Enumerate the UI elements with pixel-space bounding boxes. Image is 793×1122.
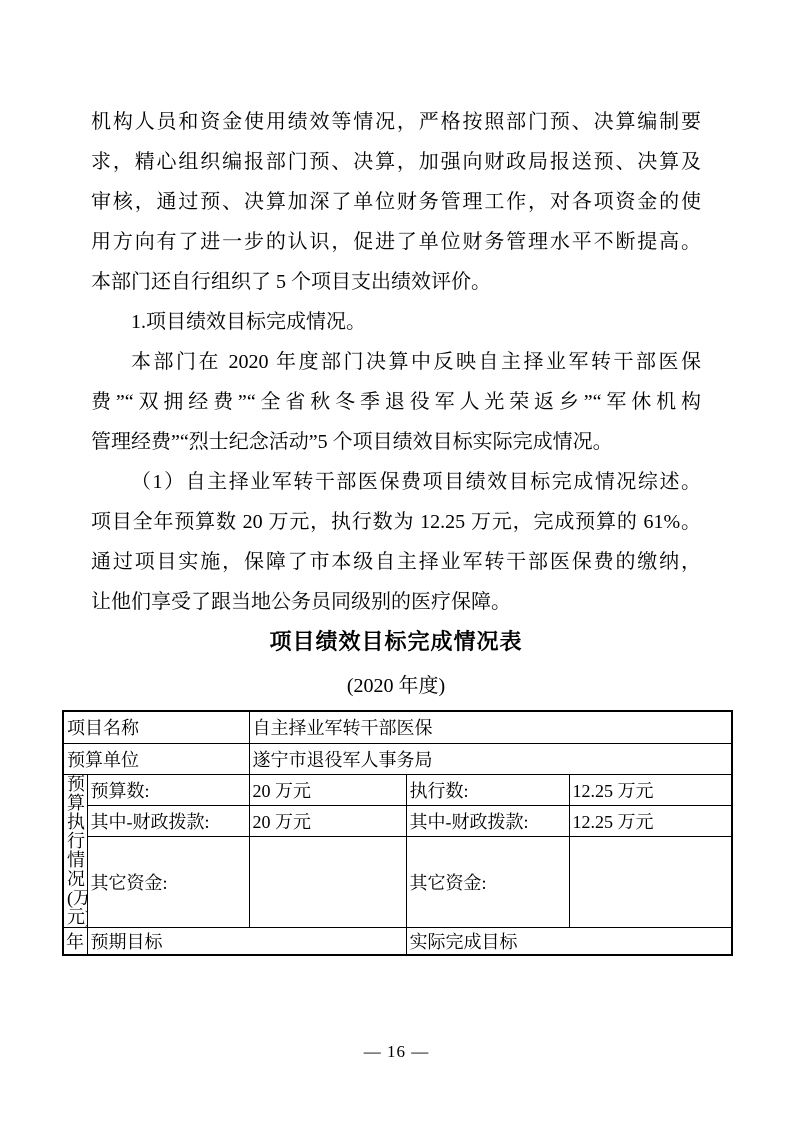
body-line: 本部门还自行组织了 5 个项目支出绩效评价。: [91, 262, 701, 302]
body-text: 机构人员和资金使用绩效等情况，严格按照部门预、决算编制要 求，精心组织编报部门预…: [91, 102, 701, 622]
body-line: 项目全年预算数 20 万元，执行数为 12.25 万元，完成预算的 61%。: [91, 502, 701, 542]
body-line: 费”“双拥经费”“全省秋冬季退役军人光荣返乡”“军休机构: [91, 382, 701, 422]
table-subtitle: (2020 年度): [91, 669, 701, 698]
other-funds-label-left-cell: 其它资金:: [87, 836, 249, 927]
exec-value-cell: 12.25 万元: [569, 774, 732, 805]
body-line: 通过项目实施，保障了市本级自主择业军转干部医保费的缴纳，: [91, 542, 701, 582]
budget-unit-label-cell: 预算单位: [63, 743, 249, 774]
table-row: 预 算 执 行 情 况 (万 元) 预算数: 20 万元 执行数: 12.25 …: [63, 774, 732, 805]
project-name-value-cell: 自主择业军转干部医保: [249, 711, 732, 743]
exec-label-cell: 执行数:: [406, 774, 569, 805]
performance-table: 项目名称 自主择业军转干部医保 预算单位 遂宁市退役军人事务局 预 算 执 行 …: [62, 710, 733, 956]
expected-goal-cell: 预期目标: [87, 927, 406, 955]
other-funds-label-right-cell: 其它资金:: [406, 836, 569, 927]
other-funds-value-right-cell: [569, 836, 732, 927]
table-row: 年 预期目标 实际完成目标: [63, 927, 732, 955]
project-name-label-cell: 项目名称: [63, 711, 249, 743]
fiscal-label-right-cell: 其中-财政拨款:: [406, 805, 569, 836]
fiscal-value-left-cell: 20 万元: [249, 805, 406, 836]
budget-unit-value-cell: 遂宁市退役军人事务局: [249, 743, 732, 774]
year-label-cell: 年: [63, 927, 87, 955]
section-heading: 1.项目绩效目标完成情况。: [91, 302, 701, 342]
body-line: 求，精心组织编报部门预、决算，加强向财政局报送预、决算及: [91, 142, 701, 182]
body-line: （1）自主择业军转干部医保费项目绩效目标完成情况综述。: [91, 462, 701, 502]
budget-label-cell: 预算数:: [87, 774, 249, 805]
body-line: 用方向有了进一步的认识，促进了单位财务管理水平不断提高。: [91, 222, 701, 262]
other-funds-value-left-cell: [249, 836, 406, 927]
paragraph: （1）自主择业军转干部医保费项目绩效目标完成情况综述。 项目全年预算数 20 万…: [91, 462, 701, 622]
table-row: 预算单位 遂宁市退役军人事务局: [63, 743, 732, 774]
budget-execution-vertical-header-cell: 预 算 执 行 情 况 (万 元): [63, 774, 87, 927]
table-row: 其它资金: 其它资金:: [63, 836, 732, 927]
body-line: 让他们享受了跟当地公务员同级别的医疗保障。: [91, 582, 701, 622]
table-title: 项目绩效目标完成情况表: [91, 625, 701, 656]
body-line: 本部门在 2020 年度部门决算中反映自主择业军转干部医保: [91, 342, 701, 382]
body-line: 机构人员和资金使用绩效等情况，严格按照部门预、决算编制要: [91, 102, 701, 142]
body-line: 管理经费”“烈士纪念活动”5 个项目绩效目标实际完成情况。: [91, 422, 701, 462]
table-row: 项目名称 自主择业军转干部医保: [63, 711, 732, 743]
paragraph: 机构人员和资金使用绩效等情况，严格按照部门预、决算编制要 求，精心组织编报部门预…: [91, 102, 701, 302]
fiscal-label-left-cell: 其中-财政拨款:: [87, 805, 249, 836]
paragraph: 本部门在 2020 年度部门决算中反映自主择业军转干部医保 费”“双拥经费”“全…: [91, 342, 701, 462]
budget-value-cell: 20 万元: [249, 774, 406, 805]
body-line: 审核，通过预、决算加深了单位财务管理工作，对各项资金的使: [91, 182, 701, 222]
page-number: — 16 —: [0, 1042, 793, 1062]
table-row: 其中-财政拨款: 20 万元 其中-财政拨款: 12.25 万元: [63, 805, 732, 836]
document-page: 机构人员和资金使用绩效等情况，严格按照部门预、决算编制要 求，精心组织编报部门预…: [0, 0, 793, 1122]
actual-goal-cell: 实际完成目标: [406, 927, 732, 955]
fiscal-value-right-cell: 12.25 万元: [569, 805, 732, 836]
